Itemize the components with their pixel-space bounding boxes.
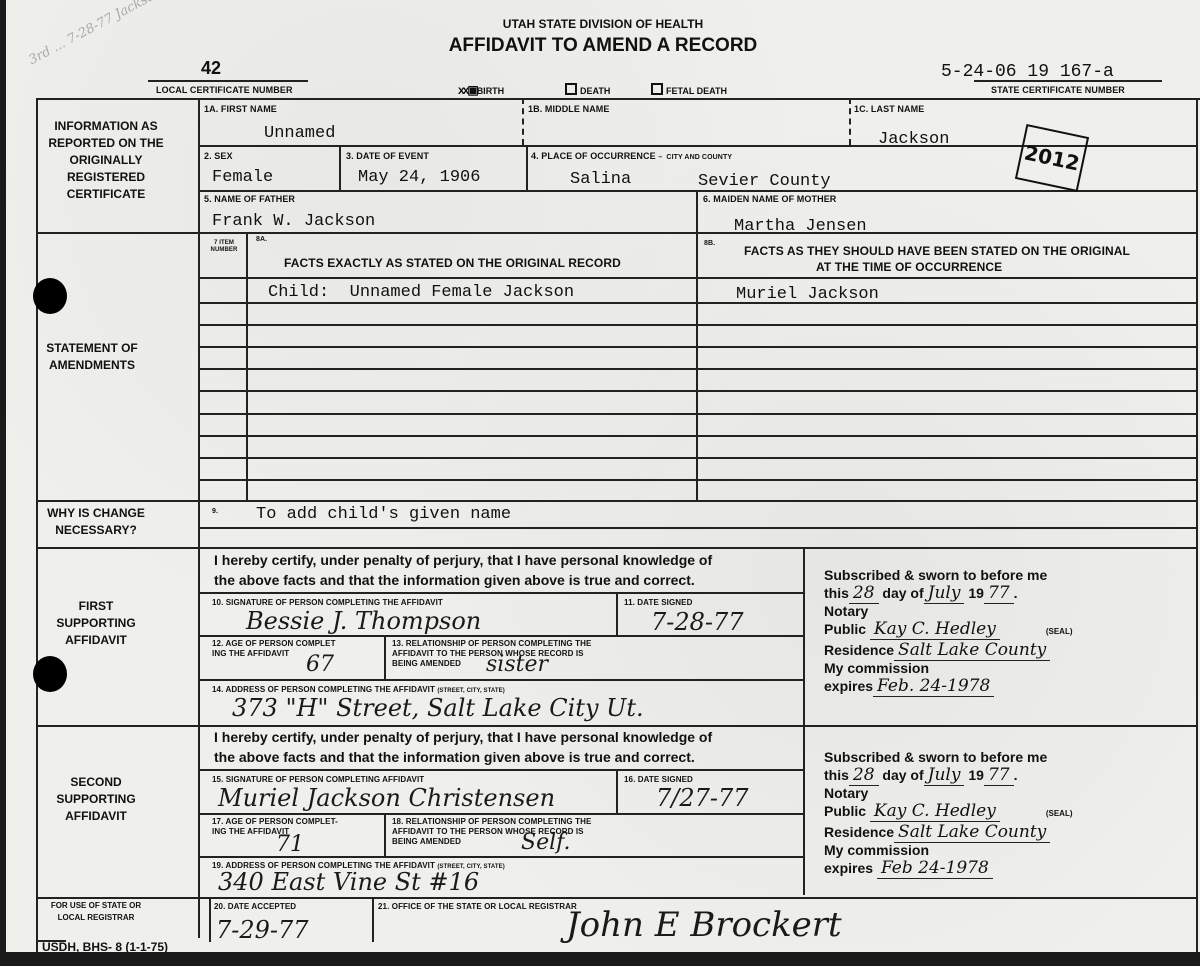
first-date-signed: 7-28-77	[651, 608, 744, 636]
label-13-line1: 13. RELATIONSHIP OF PERSON COMPLETING TH…	[392, 639, 591, 648]
value-county: Sevier County	[698, 172, 831, 191]
first-notary-year: 77	[984, 583, 1014, 604]
label-sex: 2. SEX	[204, 151, 233, 161]
second-certify-text-1: I hereby certify, under penalty of perju…	[214, 727, 712, 748]
first-address: 373 "H" Street, Salt Lake City Ut.	[232, 694, 644, 722]
state-cert-number: 5-24-06 19 167-a	[941, 62, 1114, 82]
second-notary-day: 28	[849, 765, 879, 786]
value-date-of-event: May 24, 1906	[358, 168, 480, 187]
agency-name: UTAH STATE DIVISION OF HEALTH	[6, 17, 1200, 31]
second-relationship: Self.	[521, 830, 570, 855]
second-notary-residence: Salt Lake County	[894, 822, 1050, 843]
record-type-death[interactable]: DEATH	[565, 83, 610, 96]
label-20: 20. DATE ACCEPTED	[214, 902, 296, 911]
fetal-death-checkbox[interactable]	[651, 83, 663, 95]
label-8a-num: 8A.	[256, 236, 267, 243]
value-city: Salina	[570, 170, 631, 189]
second-date-signed: 7/27-77	[656, 784, 749, 812]
record-type-birth[interactable]: xx▣BIRTH	[458, 83, 504, 97]
label-13-line3: BEING AMENDED	[392, 659, 461, 668]
label-8b-num: 8B.	[704, 240, 715, 247]
label-15: 15. SIGNATURE OF PERSON COMPLETING AFFID…	[212, 775, 424, 784]
registration-stamp: 2012	[1015, 124, 1089, 192]
second-notary-year: 77	[984, 765, 1014, 786]
second-notary-block: Subscribed & sworn to before me this28 d…	[824, 748, 1184, 877]
value-first-name: Unnamed	[264, 124, 335, 143]
label-18-line1: 18. RELATIONSHIP OF PERSON COMPLETING TH…	[392, 817, 591, 826]
label-date-of-event: 3. DATE OF EVENT	[346, 151, 429, 161]
label-21: 21. OFFICE OF THE STATE OR LOCAL REGISTR…	[378, 902, 577, 911]
first-notary-block: Subscribed & sworn to before me this28 d…	[824, 566, 1184, 695]
section-label-original-info: INFORMATION AS REPORTED ON THE ORIGINALL…	[46, 118, 166, 203]
first-certify-text-2: the above facts and that the information…	[214, 570, 695, 591]
first-age: 67	[306, 652, 334, 677]
margin-handwritten-note: 3rd ... 7-28-77 Jackson ...	[26, 0, 183, 68]
death-checkbox[interactable]	[565, 83, 577, 95]
value-sex: Female	[212, 168, 273, 187]
form-id: USDH, BHS- 8 (1-1-75)	[42, 940, 168, 954]
state-cert-label: STATE CERTIFICATE NUMBER	[991, 85, 1125, 95]
second-notary-expires: Feb 24-1978	[877, 858, 993, 879]
first-signature: Bessie J. Thompson	[246, 607, 481, 635]
first-notary-expires: Feb. 24-1978	[873, 676, 994, 697]
form-title: AFFIDAVIT TO AMEND A RECORD	[6, 35, 1200, 57]
label-middle-name: 1B. MIDDLE NAME	[528, 104, 610, 114]
second-notary-public: Kay C. Hedley	[870, 801, 1000, 822]
label-item-number: 7 ITEM NUMBER	[206, 240, 242, 254]
label-14: 14. ADDRESS OF PERSON COMPLETING THE AFF…	[212, 685, 505, 694]
record-type-fetal-death[interactable]: FETAL DEATH	[651, 83, 727, 96]
section-divider	[198, 98, 200, 938]
value-mother: Martha Jensen	[734, 217, 867, 236]
amendment-original-value: Child: Unnamed Female Jackson	[268, 283, 574, 302]
second-age: 71	[276, 832, 304, 857]
label-mother: 6. MAIDEN NAME OF MOTHER	[703, 194, 836, 204]
punch-hole	[33, 278, 67, 314]
value-father: Frank W. Jackson	[212, 212, 375, 231]
affidavit-form: 3rd ... 7-28-77 Jackson ... UTAH STATE D…	[6, 0, 1200, 952]
registrar-date-accepted: 7-29-77	[216, 916, 309, 944]
first-relationship: sister	[486, 652, 548, 677]
label-first-name: 1A. FIRST NAME	[204, 104, 277, 114]
amendment-corrected-value: Muriel Jackson	[736, 285, 879, 304]
label-8a: FACTS EXACTLY AS STATED ON THE ORIGINAL …	[284, 256, 621, 270]
section-label-amendments: STATEMENT OF AMENDMENTS	[42, 340, 142, 374]
birth-checked-mark: xx▣	[458, 83, 477, 97]
label-11: 11. DATE SIGNED	[624, 598, 692, 607]
first-notary-day: 28	[849, 583, 879, 604]
section-label-first-affidavit: FIRST SUPPORTING AFFIDAVIT	[46, 598, 146, 649]
first-notary-residence: Salt Lake County	[894, 640, 1050, 661]
section-label-why: WHY IS CHANGE NECESSARY?	[36, 505, 156, 539]
label-10: 10. SIGNATURE OF PERSON COMPLETING THE A…	[212, 598, 443, 607]
label-12-line2: ING THE AFFIDAVIT	[212, 649, 289, 658]
second-certify-text-2: the above facts and that the information…	[214, 747, 695, 768]
punch-hole	[33, 656, 67, 692]
local-cert-label: LOCAL CERTIFICATE NUMBER	[156, 85, 293, 95]
first-certify-text-1: I hereby certify, under penalty of perju…	[214, 550, 712, 571]
second-signature: Muriel Jackson Christensen	[218, 784, 555, 812]
second-address: 340 East Vine St #16	[218, 868, 479, 896]
label-8b-line2: AT THE TIME OF OCCURRENCE	[816, 260, 1002, 274]
first-notary-month: July	[924, 583, 965, 604]
value-reason: To add child's given name	[256, 505, 511, 524]
label-father: 5. NAME OF FATHER	[204, 194, 295, 204]
label-9: 9.	[212, 508, 218, 515]
label-12-line1: 12. AGE OF PERSON COMPLET	[212, 639, 336, 648]
label-17-line1: 17. AGE OF PERSON COMPLET-	[212, 817, 338, 826]
second-notary-month: July	[924, 765, 965, 786]
registrar-signature: John E Brockert	[566, 905, 842, 945]
section-label-second-affidavit: SECOND SUPPORTING AFFIDAVIT	[46, 774, 146, 825]
label-8b-line1: FACTS AS THEY SHOULD HAVE BEEN STATED ON…	[744, 244, 1130, 258]
local-cert-number: 42	[201, 58, 221, 79]
section-label-registrar: FOR USE OF STATE OR LOCAL REGISTRAR	[46, 900, 146, 924]
seal-label: (SEAL)	[1046, 627, 1073, 636]
label-last-name: 1C. LAST NAME	[854, 104, 924, 114]
label-18-line3: BEING AMENDED	[392, 837, 461, 846]
value-last-name: Jackson	[878, 130, 949, 149]
seal-label: (SEAL)	[1046, 809, 1073, 818]
label-16: 16. DATE SIGNED	[624, 775, 693, 784]
first-notary-public: Kay C. Hedley	[870, 619, 1000, 640]
label-place: 4. PLACE OF OCCURRENCE – CITY AND COUNTY	[531, 151, 732, 161]
